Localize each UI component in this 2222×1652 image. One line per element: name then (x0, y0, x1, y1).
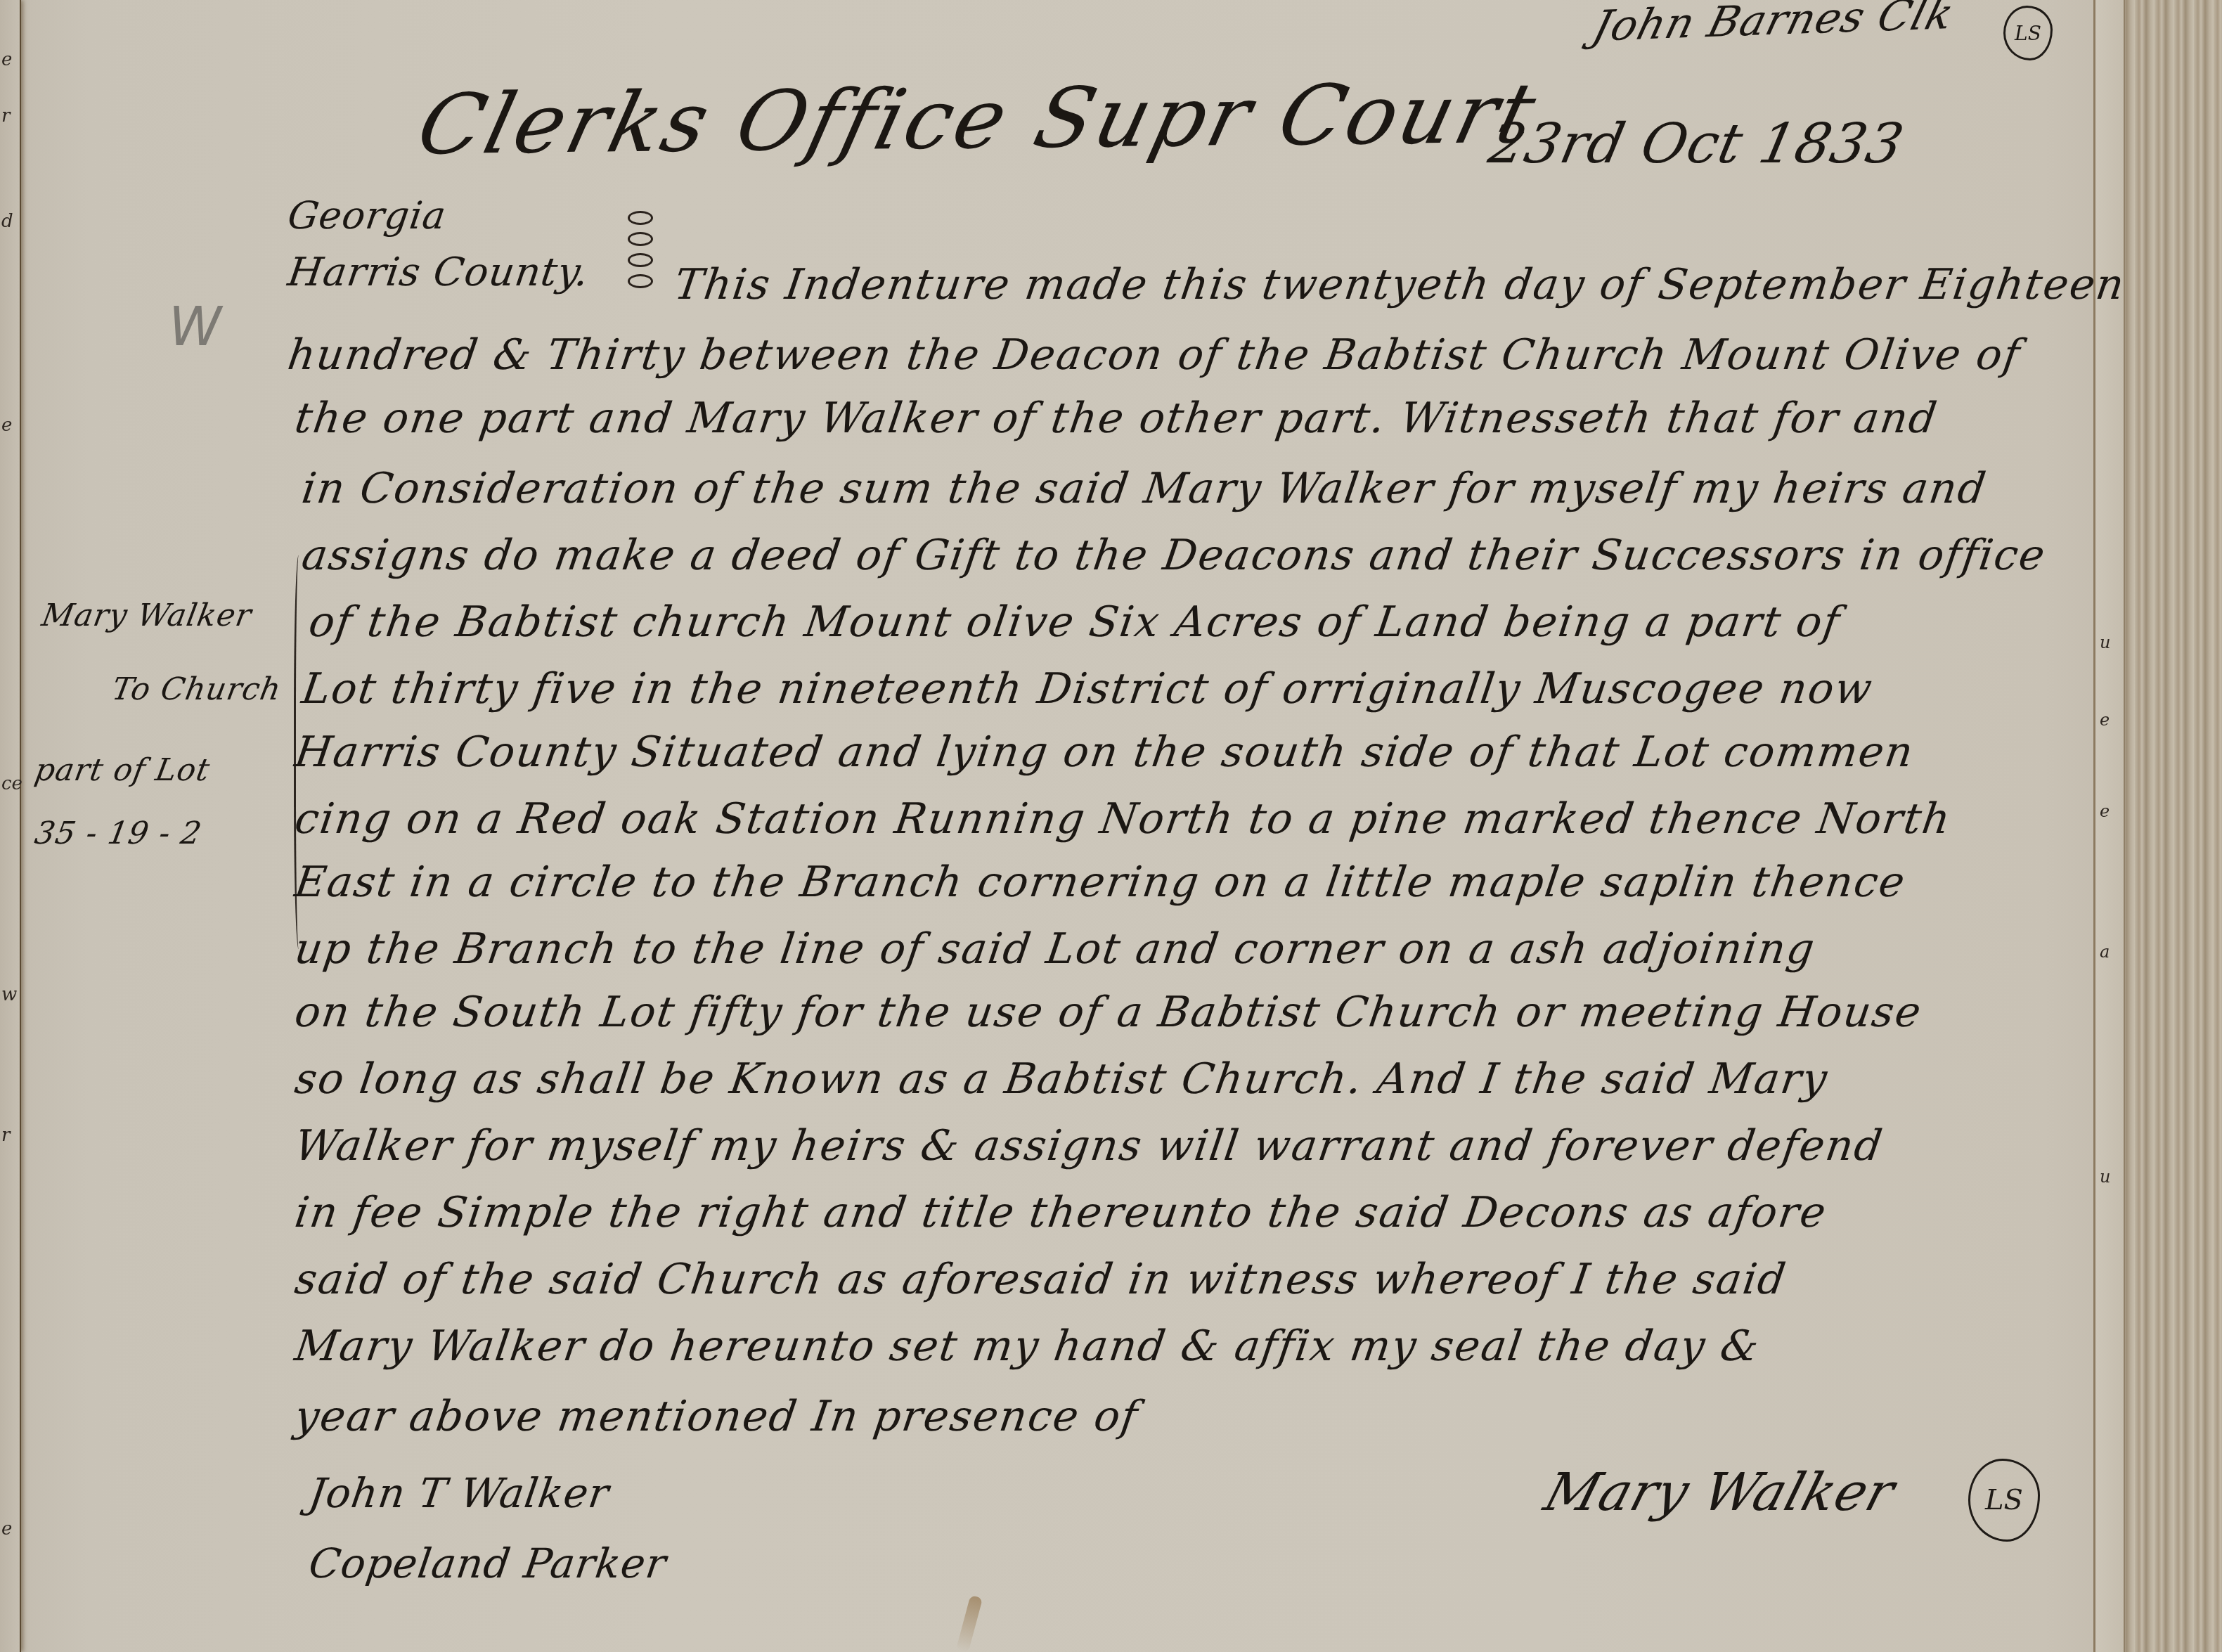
pencil-mark: W (169, 295, 221, 358)
ledger-page-scan: e r d e ce w r e u e e a u John Barnes C… (0, 0, 2222, 1652)
deed-line: year above mentioned In presence of (292, 1392, 1142, 1441)
deed-line: up the Branch to the line of said Lot an… (292, 924, 1819, 974)
recorder-name: John Barnes (1588, 0, 1871, 51)
prev-page-fragment: e (1, 415, 12, 436)
deed-line: Mary Walker do hereunto set my hand & af… (292, 1322, 1763, 1371)
margin-note-line: part of Lot (32, 752, 213, 788)
venue-flourish-icon (628, 211, 652, 288)
deed-line: on the South Lot fifty for the use of a … (292, 988, 1925, 1037)
witness-name: Copeland Parker (306, 1540, 669, 1587)
prev-page-fragment: w (1, 984, 17, 1005)
prev-page-fragment: d (1, 211, 13, 232)
grantor-seal-icon: LS (1968, 1459, 2040, 1542)
deed-line: East in a circle to the Branch cornering… (292, 858, 1909, 907)
deed-line: Harris County Situated and lying on the … (292, 728, 1917, 777)
page-title: Clerks Office Supr Court (408, 65, 1547, 174)
prev-page-fragment: r (1, 1125, 10, 1146)
book-page-edges: u e e a u (2093, 0, 2222, 1652)
paper-stain (956, 1595, 983, 1652)
recording-date: 23rd Oct 1833 (1483, 112, 1909, 176)
seal-label: LS (1985, 1484, 2023, 1516)
next-sheet-fragment: e (2100, 801, 2110, 821)
deed-line: in fee Simple the right and title thereu… (292, 1188, 1830, 1237)
deed-line: Lot thirty five in the nineteenth Distri… (299, 664, 1876, 714)
deed-line: assigns do make a deed of Gift to the De… (299, 531, 2049, 580)
deed-line: so long as shall be Known as a Babtist C… (292, 1054, 1831, 1104)
margin-note-line: To Church (110, 671, 285, 707)
next-sheet-fragment: e (2100, 710, 2110, 730)
prev-page-fragment: r (1, 105, 10, 127)
prev-page-fragment: ce (1, 773, 22, 794)
venue-county: Harris County. (285, 250, 592, 295)
margin-note-line: Mary Walker (39, 598, 255, 633)
deed-line: of the Babtist church Mount olive Six Ac… (306, 598, 1844, 647)
venue-state: Georgia (285, 193, 449, 238)
recorder-title: Clk (1873, 0, 1959, 41)
previous-page-edge: e r d e ce w r e (0, 0, 21, 1652)
grantor-signature: Mary Walker (1538, 1462, 1902, 1523)
recorder-seal-icon: LS (2003, 6, 2053, 60)
deed-line: This Indenture made this twentyeth day o… (671, 260, 2128, 309)
struck-out-text: Consideration of the sum (390, 464, 970, 513)
underlying-sheet: u e e a u (2095, 0, 2125, 1652)
next-sheet-fragment: u (2100, 633, 2110, 652)
prev-page-fragment: e (1, 1518, 12, 1540)
prev-page-fragment: e (1, 49, 12, 70)
seal-label: LS (2015, 22, 2041, 45)
deed-line: cing on a Red oak Station Running North … (292, 794, 1954, 844)
deed-line: the one part and Mary Walker of the othe… (292, 394, 1941, 443)
margin-note-line: 35 - 19 - 2 (32, 815, 205, 851)
deed-line: Walker for myself my heirs & assigns wil… (292, 1121, 1887, 1170)
next-sheet-fragment: u (2100, 1167, 2110, 1187)
next-sheet-fragment: a (2100, 942, 2110, 962)
recorder-signature: John Barnes Clk (1588, 0, 1959, 51)
witness-name: John T Walker (306, 1469, 612, 1517)
deed-line: said of the said Church as aforesaid in … (292, 1255, 1790, 1304)
deed-line: hundred & Thirty between the Deacon of t… (285, 330, 2024, 380)
